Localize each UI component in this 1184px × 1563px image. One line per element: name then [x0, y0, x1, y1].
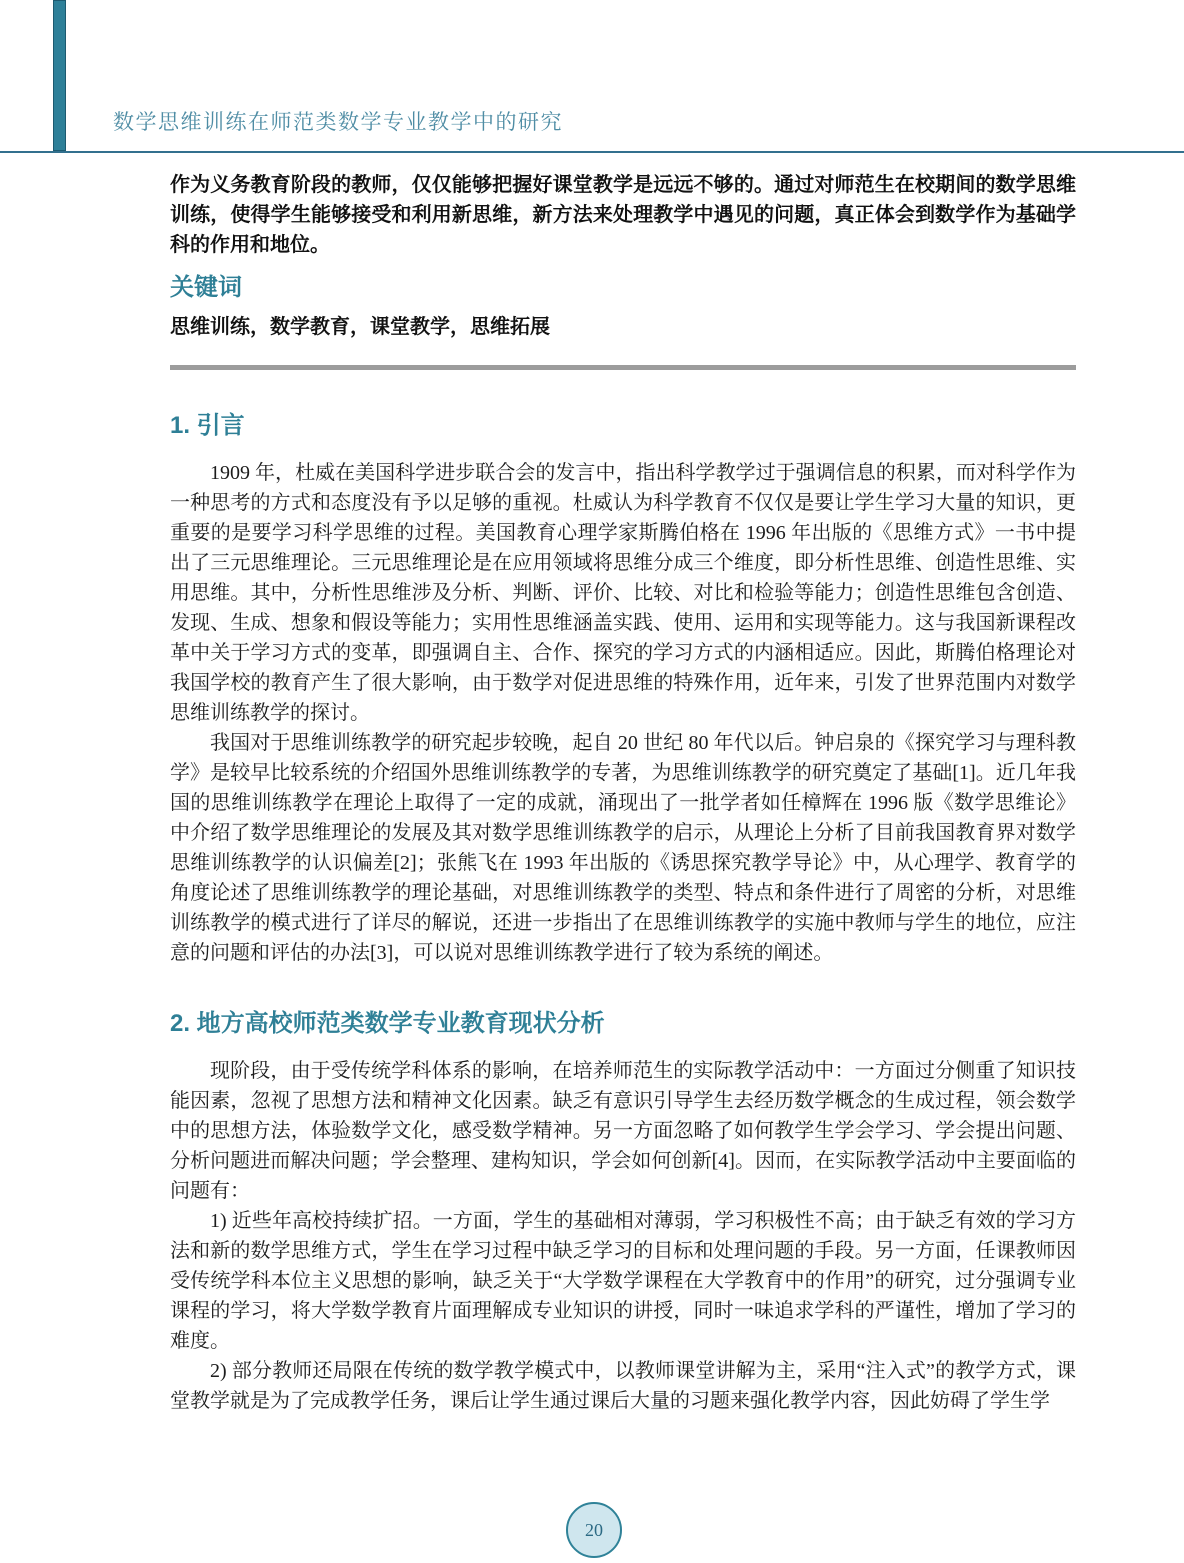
body-paragraph: 我国对于思维训练教学的研究起步较晚，起自 20 世纪 80 年代以后。钟启泉的《…: [170, 728, 1076, 968]
section-heading: 1. 引言: [170, 410, 1076, 442]
sections-container: 1. 引言1909 年，杜威在美国科学进步联合会的发言中，指出科学教学过于强调信…: [170, 410, 1076, 1416]
running-head-title: 数学思维训练在师范类数学专业教学中的研究: [113, 106, 563, 136]
header-rule: [0, 151, 1184, 153]
body-paragraph: 1) 近些年高校持续扩招。一方面，学生的基础相对薄弱，学习积极性不高；由于缺乏有…: [170, 1206, 1076, 1356]
section-heading: 2. 地方高校师范类数学专业教育现状分析: [170, 1008, 1076, 1040]
abstract-paragraph: 作为义务教育阶段的教师，仅仅能够把握好课堂教学是远远不够的。通过对师范生在校期间…: [170, 170, 1076, 260]
body-paragraph: 现阶段，由于受传统学科体系的影响，在培养师范生的实际教学活动中：一方面过分侧重了…: [170, 1056, 1076, 1206]
body-paragraph: 2) 部分教师还局限在传统的数学教学模式中，以教师课堂讲解为主，采用“注入式”的…: [170, 1356, 1076, 1416]
header-accent-bar: [53, 0, 66, 151]
content-area: 作为义务教育阶段的教师，仅仅能够把握好课堂教学是远远不够的。通过对师范生在校期间…: [170, 170, 1076, 1416]
body-paragraph: 1909 年，杜威在美国科学进步联合会的发言中，指出科学教学过于强调信息的积累，…: [170, 458, 1076, 728]
section-divider: [170, 365, 1076, 370]
keywords-text: 思维训练，数学教育，课堂教学，思维拓展: [170, 312, 1076, 342]
page-number-badge: 20: [566, 1502, 622, 1558]
page-number: 20: [585, 1520, 603, 1541]
keywords-heading: 关键词: [170, 272, 1076, 304]
